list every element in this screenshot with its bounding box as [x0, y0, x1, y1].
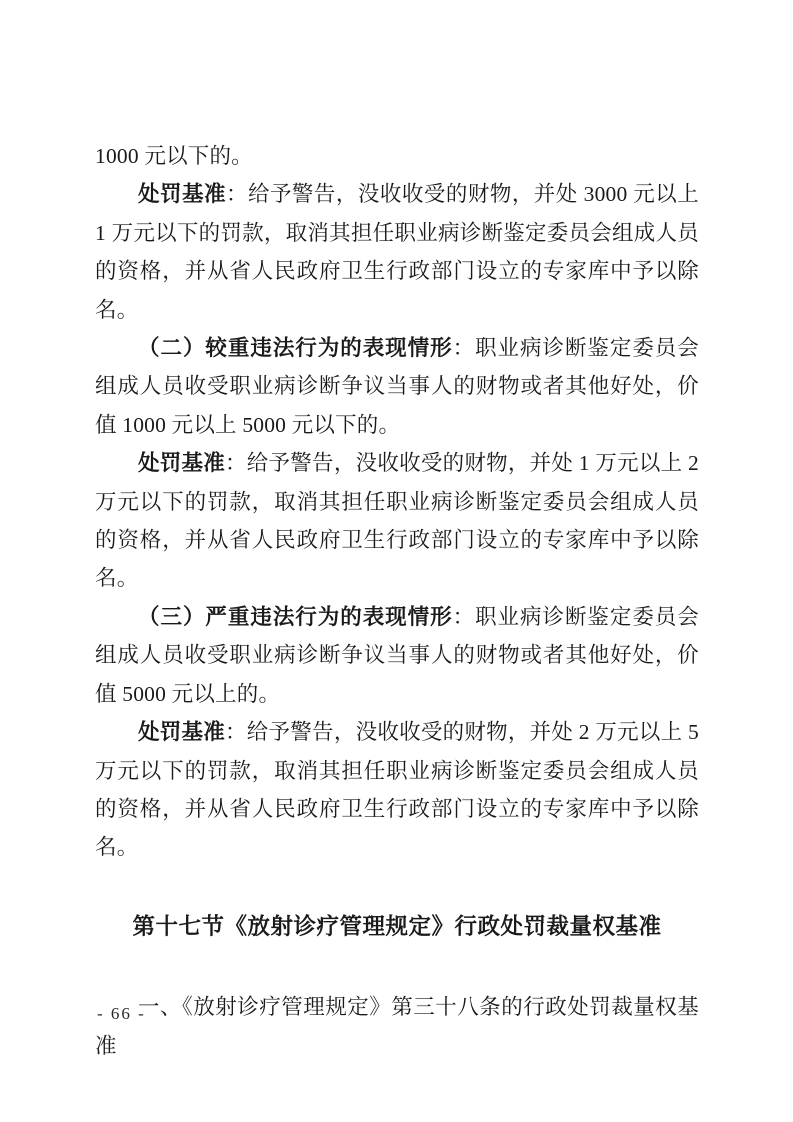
paragraph-penalty-basis-moderate: 处罚基准：给予警告，没收收受的财物，并处 1 万元以上 2 万元以下的罚款，取消… — [95, 444, 699, 598]
paragraph-penalty-basis-minor: 处罚基准：给予警告，没收收受的财物，并处 3000 元以上 1 万元以下的罚款，… — [95, 175, 699, 329]
paragraph-moderate-violation: （二）较重违法行为的表现情形：职业病诊断鉴定委员会组成人员收受职业病诊断争议当事… — [95, 329, 699, 444]
paragraph-severe-violation: （三）严重违法行为的表现情形：职业病诊断鉴定委员会组成人员收受职业病诊断争议当事… — [95, 598, 699, 713]
paragraph-continuation: 1000 元以下的。 — [95, 137, 699, 175]
document-page: 1000 元以下的。 处罚基准：给予警告，没收收受的财物，并处 3000 元以上… — [0, 0, 793, 1122]
paragraph-lead: 处罚基准 — [138, 451, 225, 475]
paragraph-text: 1000 元以下的。 — [95, 144, 253, 168]
subsection-heading: 一、《放射诊疗管理规定》第三十八条的行政处罚裁量权基准 — [95, 988, 699, 1065]
paragraph-lead: 处罚基准 — [138, 720, 225, 744]
page-number: - 66 - — [97, 1003, 146, 1025]
section-heading: 第十七节《放射诊疗管理规定》行政处罚裁量权基准 — [95, 908, 699, 947]
page-content: 1000 元以下的。 处罚基准：给予警告，没收收受的财物，并处 3000 元以上… — [95, 137, 699, 1065]
paragraph-lead: （三）严重违法行为的表现情形 — [138, 605, 453, 629]
paragraph-lead: （二）较重违法行为的表现情形 — [138, 336, 453, 360]
paragraph-lead: 处罚基准 — [138, 182, 226, 206]
paragraph-penalty-basis-severe: 处罚基准：给予警告，没收收受的财物，并处 2 万元以上 5 万元以下的罚款，取消… — [95, 713, 699, 867]
